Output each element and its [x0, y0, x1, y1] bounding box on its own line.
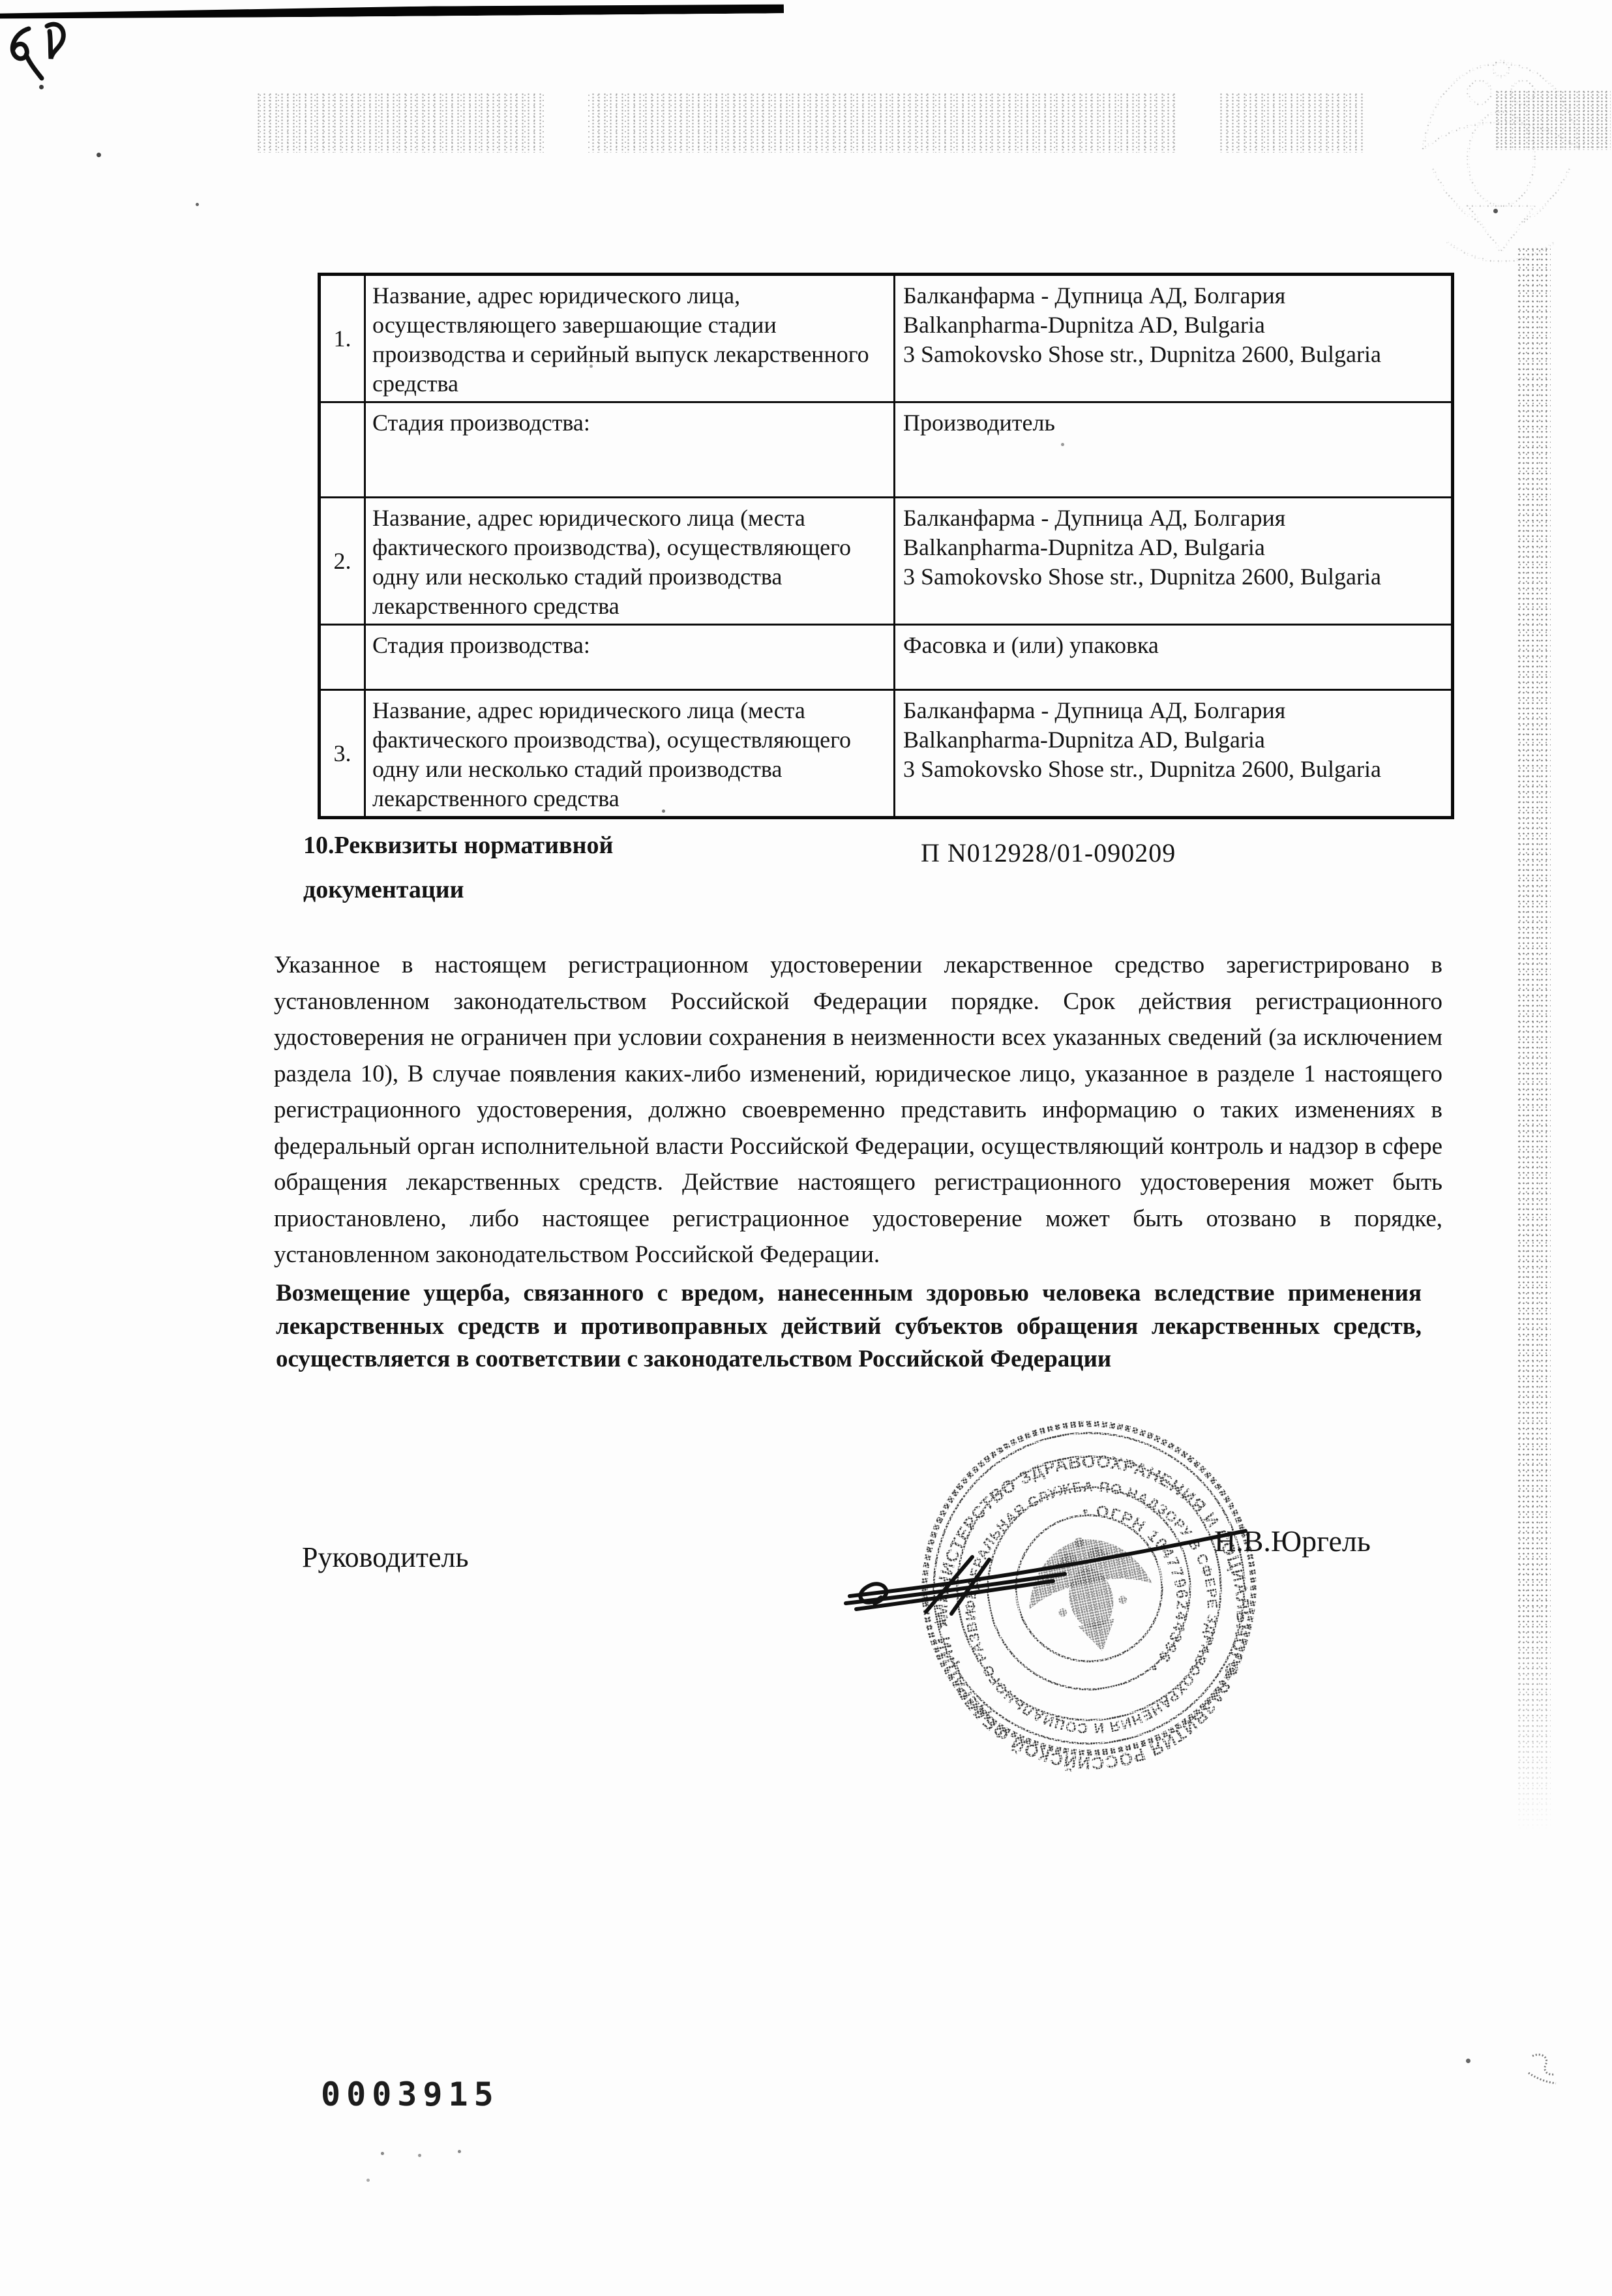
table-row: 1. Название, адрес юридического лица, ос…	[320, 275, 1453, 402]
scan-speckles	[0, 0, 2, 2]
liability-paragraph: Возмещение ущерба, связанного с вредом, …	[276, 1277, 1422, 1376]
row-value-cell: Балканфарма - Дупница АД, Болгария Balka…	[895, 275, 1453, 402]
signatory-title: Руководитель	[302, 1541, 469, 1574]
coat-of-arms-watermark	[1403, 30, 1599, 278]
scanned-document-page: 1. Название, адрес юридического лица, ос…	[0, 0, 1612, 2296]
row-number-cell	[320, 625, 365, 690]
scan-noise-band-top	[256, 93, 1364, 153]
manufacturer-table: 1. Название, адрес юридического лица, ос…	[318, 273, 1454, 819]
handwritten-mark	[4, 17, 76, 89]
row-label-cell: Название, адрес юридического лица (места…	[365, 498, 895, 625]
row-number-cell	[320, 402, 365, 498]
signatory-name: Н.В.Юргель	[1214, 1524, 1371, 1558]
row-number-cell: 1.	[320, 275, 365, 402]
row-number-cell: 2.	[320, 498, 365, 625]
table-row: Стадия производства: Фасовка и (или) упа…	[320, 625, 1453, 690]
table-row: Стадия производства: Производитель	[320, 402, 1453, 498]
scan-edge-artifact	[0, 3, 784, 20]
row-value-cell: Производитель	[895, 402, 1453, 498]
signature-stroke	[818, 1497, 1275, 1640]
row-value-cell: Балканфарма - Дупница АД, Болгария Balka…	[895, 498, 1453, 625]
row-label-cell: Стадия производства:	[365, 625, 895, 690]
registration-number: П N012928/01-090209	[921, 838, 1176, 868]
scan-corner-mark	[1519, 2046, 1572, 2098]
legal-paragraph: Указанное в настоящем регистрационном уд…	[274, 947, 1442, 1273]
section-10-heading: 10.Реквизиты нормативной документации	[303, 823, 694, 912]
row-value-cell: Фасовка и (или) упаковка	[895, 625, 1453, 690]
row-number-cell: 3.	[320, 690, 365, 818]
scan-noise-band-right	[1517, 247, 1551, 1832]
row-value-cell: Балканфарма - Дупница АД, Болгария Balka…	[895, 690, 1453, 818]
row-label-cell: Название, адрес юридического лица, осуще…	[365, 275, 895, 402]
row-label-cell: Название, адрес юридического лица (места…	[365, 690, 895, 818]
row-label-cell: Стадия производства:	[365, 402, 895, 498]
table-row: 2. Название, адрес юридического лица (ме…	[320, 498, 1453, 625]
form-serial-number: 0003915	[321, 2076, 500, 2113]
table-row: 3. Название, адрес юридического лица (ме…	[320, 690, 1453, 818]
